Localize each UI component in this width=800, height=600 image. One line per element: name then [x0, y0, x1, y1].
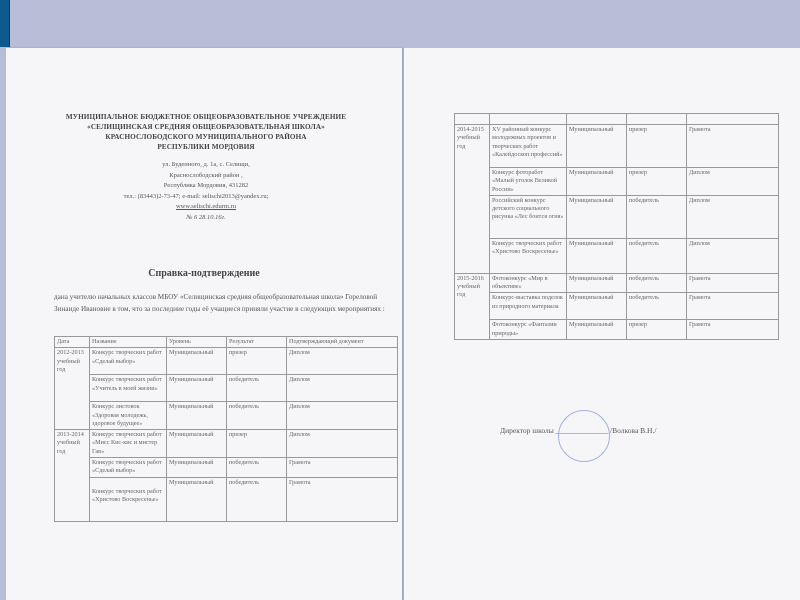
header-line: МУНИЦИПАЛЬНОЕ БЮДЖЕТНОЕ ОБЩЕОБРАЗОВАТЕЛЬ…	[56, 112, 356, 122]
result-cell: победитель	[627, 238, 687, 273]
name-cell: Конкурс листовок «Здоровая молодежь, здо…	[90, 402, 167, 430]
school-address: ул. Буденного, д. 1а, с. Селищи, Краснос…	[106, 160, 306, 223]
table-row: Фотоконкурс «Фантазии природы» Муниципал…	[455, 320, 779, 340]
header-line: РЕСПУБЛИКИ МОРДОВИЯ	[56, 142, 356, 152]
level-cell: Муниципальный	[167, 430, 227, 458]
table-row: Конкурс листовок «Здоровая молодежь, здо…	[55, 402, 398, 430]
result-cell: победитель	[227, 458, 287, 478]
school-stamp	[558, 410, 610, 462]
table-row: 2013-2014 учебный год Конкурс творческих…	[55, 430, 398, 458]
level-cell: Муниципальный	[167, 348, 227, 375]
level-cell: Муниципальный	[567, 320, 627, 340]
header-cell: Уровень	[167, 337, 227, 348]
table-row: Конкурс творческих работ «Христово Воскр…	[55, 477, 398, 521]
table-row: Конкурс фоторабот «Малый уголок Великой …	[455, 168, 779, 196]
table-header-row-empty	[455, 114, 779, 125]
level-cell: Муниципальный	[567, 273, 627, 293]
result-cell: призер	[627, 320, 687, 340]
date-cell: 2014-2015 учебный год	[455, 125, 490, 274]
level-cell: Муниципальный	[167, 402, 227, 430]
empty-cell	[627, 114, 687, 125]
table-row: 2015-2016 учебный год Фотоконкурс «Мир в…	[455, 273, 779, 293]
header-cell: Дата	[55, 337, 90, 348]
document-number: № 6 28.10.16г.	[106, 213, 306, 224]
name-cell: Конкурс творческих работ «Христово Воскр…	[90, 477, 167, 521]
table-row: 2012-2013 учебный год Конкурс творческих…	[55, 348, 398, 375]
result-cell: призер	[627, 168, 687, 196]
address-line: Республика Мордовия, 431282	[106, 181, 306, 192]
header-cell: Результат	[227, 337, 287, 348]
events-table-right: 2014-2015 учебный год XV районный конкур…	[454, 113, 779, 340]
result-cell: призер	[227, 348, 287, 375]
name-cell: Конкурс творческих работ «Мисс Кис-кис и…	[90, 430, 167, 458]
level-cell: Муниципальный	[567, 168, 627, 196]
level-cell: Муниципальный	[567, 195, 627, 238]
table-row: Российский конкурс детского социального …	[455, 195, 779, 238]
document-cell: Грамота	[687, 273, 779, 293]
address-line: тел.: (83443)2-73-47; e-mail: selischi20…	[86, 192, 306, 203]
header-cell: Подтверждающий документ	[287, 337, 398, 348]
document-cell: Диплом	[687, 168, 779, 196]
result-cell: призер	[227, 430, 287, 458]
result-cell: победитель	[627, 293, 687, 320]
name-cell: Конкурс творческих работ «Сделай выбор»	[90, 348, 167, 375]
date-cell: 2012-2013 учебный год	[55, 348, 90, 430]
table-row: 2014-2015 учебный год XV районный конкур…	[455, 125, 779, 168]
document-cell: Диплом	[287, 402, 398, 430]
document-title: Справка-подтверждение	[6, 268, 402, 279]
header-line: «СЕЛИЩИНСКАЯ СРЕДНЯЯ ОБЩЕОБРАЗОВАТЕЛЬНАЯ…	[56, 122, 356, 132]
name-cell: Конкурс творческих работ «Учитель в моей…	[90, 375, 167, 402]
name-cell: Конкурс творческих работ «Сделай выбор»	[90, 458, 167, 478]
signature-role: Директор школы	[500, 426, 554, 435]
empty-cell	[687, 114, 779, 125]
signature-name: /Волкова В.Н./	[610, 426, 656, 435]
name-cell: XV районный конкурс молодежных проектов …	[490, 125, 567, 168]
level-cell: Муниципальный	[167, 477, 227, 521]
table-row: Конкурс творческих работ «Христово Воскр…	[455, 238, 779, 273]
name-cell: Фотоконкурс «Фантазии природы»	[490, 320, 567, 340]
school-header: МУНИЦИПАЛЬНОЕ БЮДЖЕТНОЕ ОБЩЕОБРАЗОВАТЕЛЬ…	[56, 112, 356, 152]
table-row: Конкурс творческих работ «Учитель в моей…	[55, 375, 398, 402]
website: www.selischi.edurm.ru	[106, 202, 306, 213]
header-line: КРАСНОСЛОБОДСКОГО МУНИЦИПАЛЬНОГО РАЙОНА	[56, 132, 356, 142]
result-cell: победитель	[227, 375, 287, 402]
document-cell: Грамота	[287, 477, 398, 521]
document-cell: Грамота	[687, 125, 779, 168]
name-cell: Конкурс творческих работ «Христово Воскр…	[490, 238, 567, 273]
level-cell: Муниципальный	[167, 375, 227, 402]
table-row: Конкурс творческих работ «Сделай выбор» …	[55, 458, 398, 478]
document-page-right: 2014-2015 учебный год XV районный конкур…	[404, 48, 800, 600]
result-cell: победитель	[227, 402, 287, 430]
result-cell: победитель	[627, 195, 687, 238]
empty-cell	[490, 114, 567, 125]
events-table-left: Дата Название Уровень Результат Подтверж…	[54, 336, 398, 522]
table-row: Конкурс-выставка поделок из природного м…	[455, 293, 779, 320]
level-cell: Муниципальный	[167, 458, 227, 478]
name-cell: Фотоконкурс «Мир в объективе»	[490, 273, 567, 293]
result-cell: победитель	[627, 273, 687, 293]
level-cell: Муниципальный	[567, 293, 627, 320]
date-cell: 2015-2016 учебный год	[455, 273, 490, 339]
table-header-row: Дата Название Уровень Результат Подтверж…	[55, 337, 398, 348]
document-paragraph: дана учителю начальных классов МБОУ «Сел…	[54, 292, 394, 315]
address-line: Краснослободский район ,	[106, 171, 306, 182]
name-cell: Российский конкурс детского социального …	[490, 195, 567, 238]
name-cell: Конкурс фоторабот «Малый уголок Великой …	[490, 168, 567, 196]
document-cell: Диплом	[687, 195, 779, 238]
name-cell: Конкурс-выставка поделок из природного м…	[490, 293, 567, 320]
document-page-left: МУНИЦИПАЛЬНОЕ БЮДЖЕТНОЕ ОБЩЕОБРАЗОВАТЕЛЬ…	[6, 48, 402, 600]
date-cell: 2013-2014 учебный год	[55, 430, 90, 521]
empty-cell	[567, 114, 627, 125]
slide-title-bar	[0, 0, 800, 47]
document-cell: Диплом	[687, 238, 779, 273]
header-cell: Название	[90, 337, 167, 348]
document-cell: Грамота	[287, 458, 398, 478]
empty-cell	[455, 114, 490, 125]
document-cell: Грамота	[687, 320, 779, 340]
slide-accent-bar	[0, 0, 10, 47]
document-cell: Грамота	[687, 293, 779, 320]
result-cell: призер	[627, 125, 687, 168]
result-cell: победитель	[227, 477, 287, 521]
level-cell: Муниципальный	[567, 125, 627, 168]
level-cell: Муниципальный	[567, 238, 627, 273]
document-cell: Диплом	[287, 430, 398, 458]
address-line: ул. Буденного, д. 1а, с. Селищи,	[106, 160, 306, 171]
document-cell: Диплом	[287, 348, 398, 375]
document-cell: Диплом	[287, 375, 398, 402]
